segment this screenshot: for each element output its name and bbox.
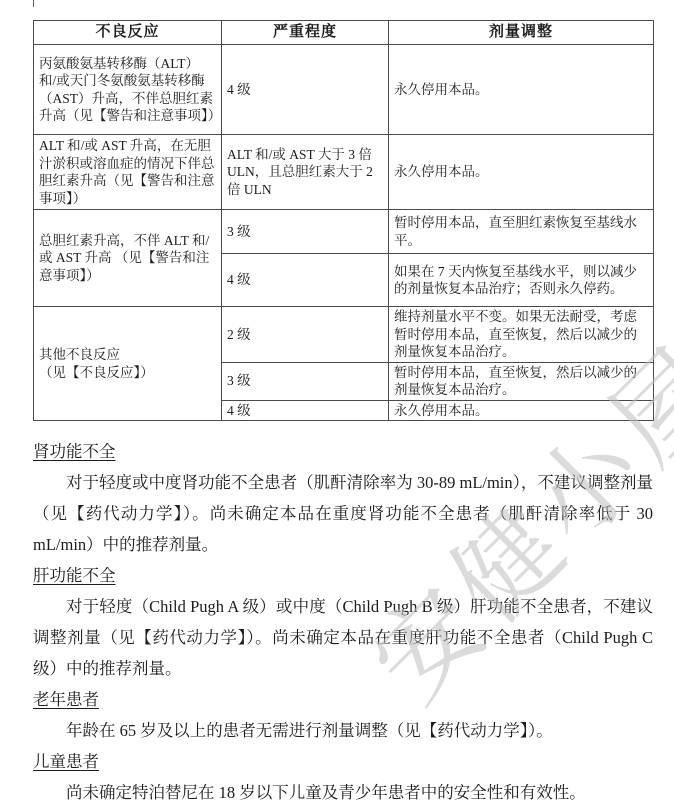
section-paragraph: 年龄在 65 岁及以上的患者无需进行剂量调整（见【药代动力学】）。 xyxy=(33,715,653,746)
reaction-cell-bilirubin-elevation: 总胆红素升高，不伴 ALT 和/或 AST 升高 （见【警告和注意事项】） xyxy=(34,210,222,307)
column-header-adverse-reaction: 不良反应 xyxy=(34,21,222,45)
dose-adjustment-table: 不良反应 严重程度 剂量调整 丙氨酸氨基转移酶（ALT）和/或天门冬氨酸氨基转移… xyxy=(33,20,654,421)
severity-cell: 3 级 xyxy=(222,362,389,400)
adjustment-cell: 永久停用本品。 xyxy=(389,45,654,135)
scan-artifact-line xyxy=(33,0,34,7)
severity-cell: ALT 和/或 AST 大于 3 倍 ULN，且总胆红素大于 2 倍 ULN xyxy=(222,135,389,210)
table-header-row: 不良反应 严重程度 剂量调整 xyxy=(34,21,654,45)
reaction-cell-alt-ast-with-bilirubin: ALT 和/或 AST 升高，在无胆汁淤积或溶血症的情况下伴总胆红素升高（见【警… xyxy=(34,135,222,210)
document-page: 不良反应 严重程度 剂量调整 丙氨酸氨基转移酶（ALT）和/或天门冬氨酸氨基转移… xyxy=(0,0,674,804)
severity-cell: 4 级 xyxy=(222,45,389,135)
adjustment-cell: 暂时停用本品，直至胆红素恢复至基线水平。 xyxy=(389,210,654,254)
table-row: 总胆红素升高，不伴 ALT 和/或 AST 升高 （见【警告和注意事项】） 3 … xyxy=(34,210,654,254)
section-heading-pediatric-patients: 儿童患者 xyxy=(33,746,653,777)
section-heading-elderly-patients: 老年患者 xyxy=(33,684,653,715)
severity-cell: 4 级 xyxy=(222,400,389,421)
severity-cell: 3 级 xyxy=(222,210,389,254)
reaction-cell-alt-ast-elevation: 丙氨酸氨基转移酶（ALT）和/或天门冬氨酸氨基转移酶（AST）升高，不伴总胆红素… xyxy=(34,45,222,135)
severity-cell: 2 级 xyxy=(222,307,389,363)
section-paragraph: 尚未确定特泊替尼在 18 岁以下儿童及青少年患者中的安全性和有效性。 xyxy=(33,777,653,804)
section-pediatric-patients: 儿童患者 尚未确定特泊替尼在 18 岁以下儿童及青少年患者中的安全性和有效性。 xyxy=(33,746,653,804)
section-heading-renal-impairment: 肾功能不全 xyxy=(33,436,653,467)
body-text-sections: 肾功能不全 对于轻度或中度肾功能不全患者（肌酐清除率为 30-89 mL/min… xyxy=(33,436,653,804)
section-hepatic-impairment: 肝功能不全 对于轻度（Child Pugh A 级）或中度（Child Pugh… xyxy=(33,560,653,684)
section-paragraph: 对于轻度（Child Pugh A 级）或中度（Child Pugh B 级）肝… xyxy=(33,591,653,684)
table-row: 丙氨酸氨基转移酶（ALT）和/或天门冬氨酸氨基转移酶（AST）升高，不伴总胆红素… xyxy=(34,45,654,135)
section-heading-hepatic-impairment: 肝功能不全 xyxy=(33,560,653,591)
table-row: ALT 和/或 AST 升高，在无胆汁淤积或溶血症的情况下伴总胆红素升高（见【警… xyxy=(34,135,654,210)
adjustment-cell: 维持剂量水平不变。如果无法耐受，考虑暂时停用本品，直至恢复，然后以减少的剂量恢复… xyxy=(389,307,654,363)
adjustment-cell: 暂时停用本品，直至恢复，然后以减少的剂量恢复本品治疗。 xyxy=(389,362,654,400)
reaction-cell-other-adverse-reactions: 其他不良反应 （见【不良反应】） xyxy=(34,307,222,421)
section-paragraph: 对于轻度或中度肾功能不全患者（肌酐清除率为 30-89 mL/min），不建议调… xyxy=(33,467,653,560)
table-row: 其他不良反应 （见【不良反应】） 2 级 维持剂量水平不变。如果无法耐受，考虑暂… xyxy=(34,307,654,363)
section-renal-impairment: 肾功能不全 对于轻度或中度肾功能不全患者（肌酐清除率为 30-89 mL/min… xyxy=(33,436,653,560)
adjustment-cell: 永久停用本品。 xyxy=(389,400,654,421)
severity-cell: 4 级 xyxy=(222,254,389,307)
section-elderly-patients: 老年患者 年龄在 65 岁及以上的患者无需进行剂量调整（见【药代动力学】）。 xyxy=(33,684,653,746)
adjustment-cell: 如果在 7 天内恢复至基线水平，则以减少的剂量恢复本品治疗；否则永久停药。 xyxy=(389,254,654,307)
column-header-severity: 严重程度 xyxy=(222,21,389,45)
adjustment-cell: 永久停用本品。 xyxy=(389,135,654,210)
column-header-dose-adjustment: 剂量调整 xyxy=(389,21,654,45)
